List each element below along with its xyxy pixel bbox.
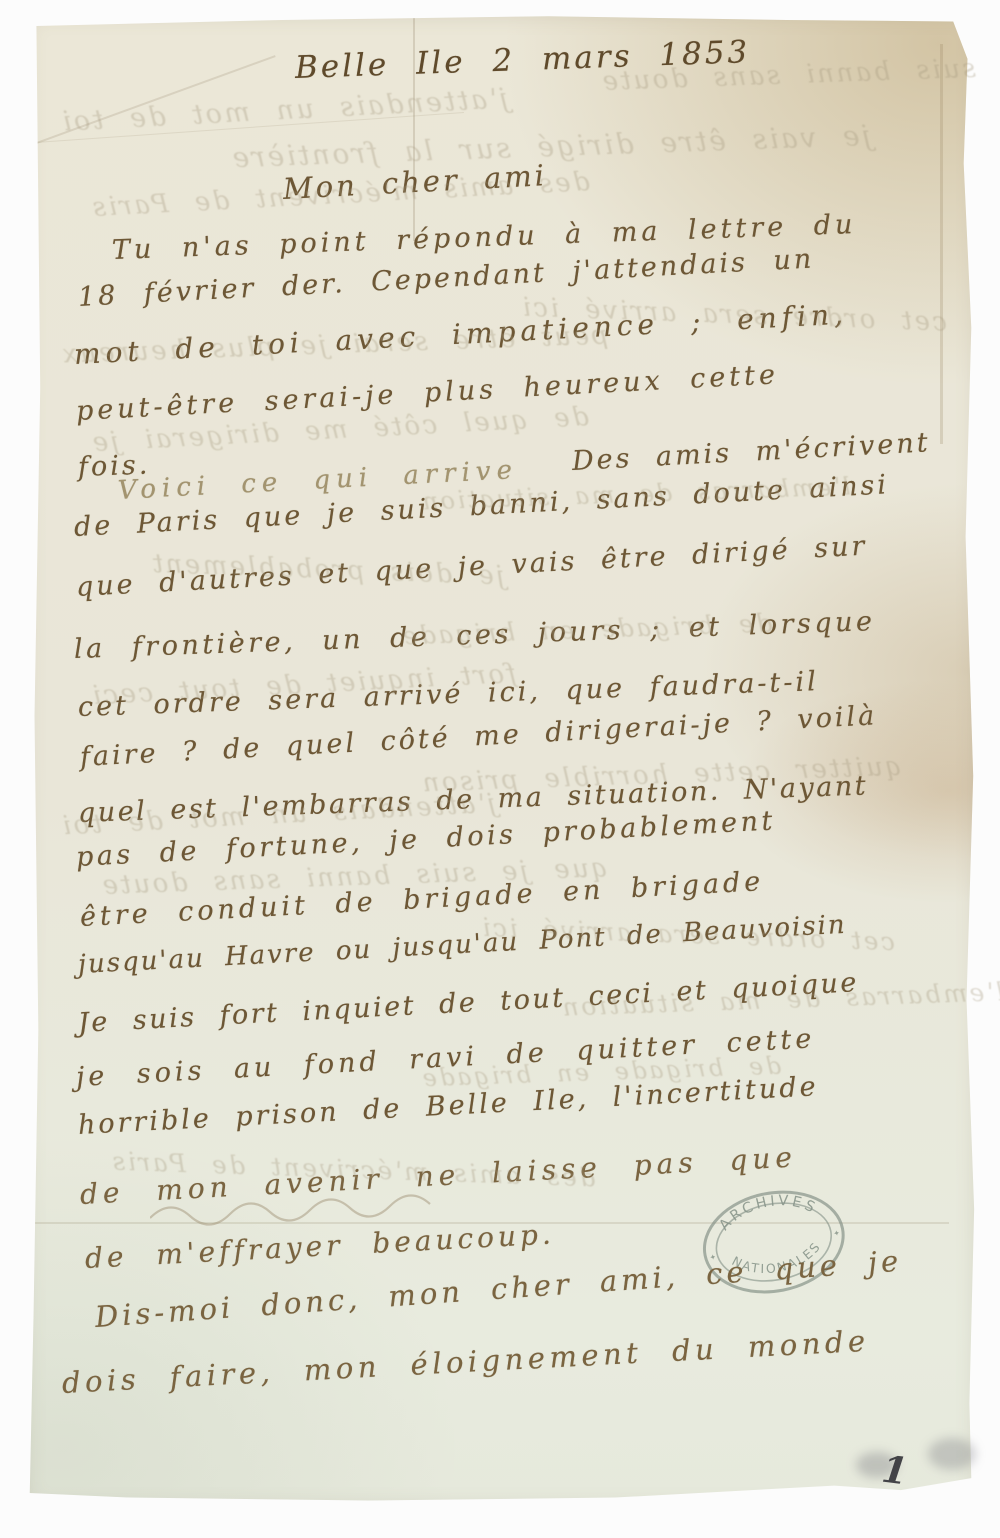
page-number-annotation: 1 bbox=[879, 1447, 910, 1494]
handwriting-line: dois faire, mon éloignement du monde bbox=[61, 1324, 870, 1400]
bleedthrough-line: je vais être dirigé sur la frontière bbox=[230, 119, 872, 174]
bleedthrough-line: j'attendais un mot de toi bbox=[59, 83, 508, 137]
pencil-smudge bbox=[928, 1438, 976, 1470]
stamp-decor-right: ✦ bbox=[833, 1228, 842, 1238]
handwriting-layer: ARCHIVES NATIONALES ✦ ✦ 1 Belle Ile 2 ma… bbox=[0, 0, 1000, 1538]
letter-photograph: ARCHIVES NATIONALES ✦ ✦ 1 Belle Ile 2 ma… bbox=[0, 0, 1000, 1538]
archives-nationales-stamp: ARCHIVES NATIONALES ✦ ✦ bbox=[689, 1173, 860, 1314]
